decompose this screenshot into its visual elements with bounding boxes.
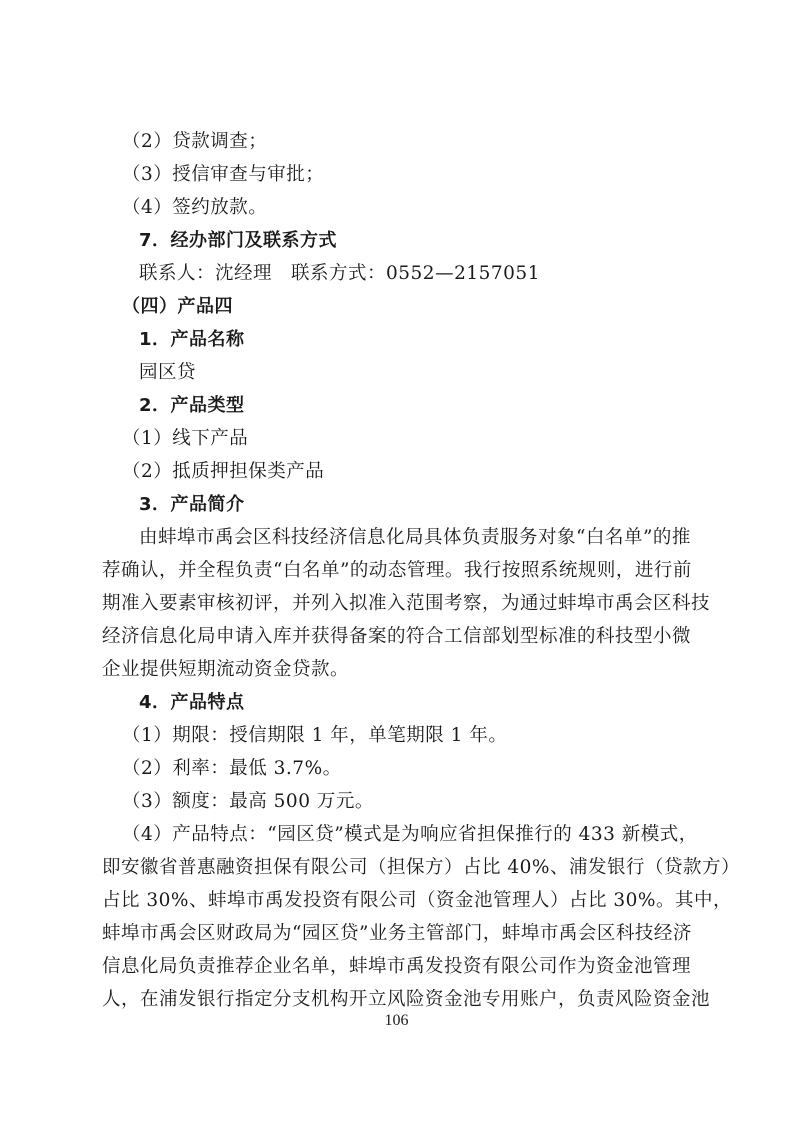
section-heading-product-features: 4．产品特点 [139,691,245,715]
list-item-features: （4）产品特点：“园区贷”模式是为响应省担保推行的 433 新模式， [122,823,698,847]
paragraph-line: 人，在浦发银行指定分支机构开立风险资金池专用账户，负责风险资金池 [102,988,694,1012]
list-item-rate: （2）利率：最低 3.7%。 [122,757,342,781]
list-item-loan-investigation: （2）贷款调查； [122,130,267,154]
paragraph-line: 由蚌埠市禹会区科技经济信息化局具体负责服务对象“白名单”的推 [139,526,691,550]
list-item-collateral: （2）抵质押担保类产品 [122,460,324,484]
section-heading-contact: 7．经办部门及联系方式 [139,229,337,253]
product-name: 园区贷 [139,361,196,385]
page-number: 106 [0,1012,793,1030]
paragraph-line: 信息化局负责推荐企业名单，蚌埠市禹发投资有限公司作为资金池管理 [102,955,694,979]
paragraph-line: 荐确认，并全程负责“白名单”的动态管理。我行按照系统规则，进行前 [102,559,694,583]
section-heading-product-type: 2．产品类型 [139,394,245,418]
list-item-term: （1）期限：授信期限 1 年，单笔期限 1 年。 [122,724,507,748]
paragraph-line: 即安徽省普惠融资担保有限公司（担保方）占比 40%、浦发银行（贷款方） [102,856,694,880]
paragraph-line: 占比 30%、蚌埠市禹发投资有限公司（资金池管理人）占比 30%。其中， [102,889,694,913]
section-heading-product-name: 1．产品名称 [139,328,245,352]
section-heading-product-intro: 3．产品简介 [139,493,245,517]
paragraph-line: 经济信息化局申请入库并获得备案的符合工信部划型标准的科技型小微 [102,625,694,649]
list-item-sign-disburse: （4）签约放款。 [122,196,267,220]
contact-info: 联系人：沈经理 联系方式：0552—2157051 [139,262,540,286]
list-item-credit-review: （3）授信审查与审批； [122,163,324,187]
paragraph-line: 期准入要素审核初评，并列入拟准入范围考察，为通过蚌埠市禹会区科技 [102,592,694,616]
paragraph-line: 企业提供短期流动资金贷款。 [102,658,694,682]
paragraph-line: 蚌埠市禹会区财政局为“园区贷”业务主管部门，蚌埠市禹会区科技经济 [102,922,694,946]
list-item-amount: （3）额度：最高 500 万元。 [122,790,374,814]
document-page: （2）贷款调查； （3）授信审查与审批； （4）签约放款。 7．经办部门及联系方… [0,0,793,1122]
list-item-offline: （1）线下产品 [122,427,248,451]
section-heading-product-four: （四）产品四 [122,295,233,319]
